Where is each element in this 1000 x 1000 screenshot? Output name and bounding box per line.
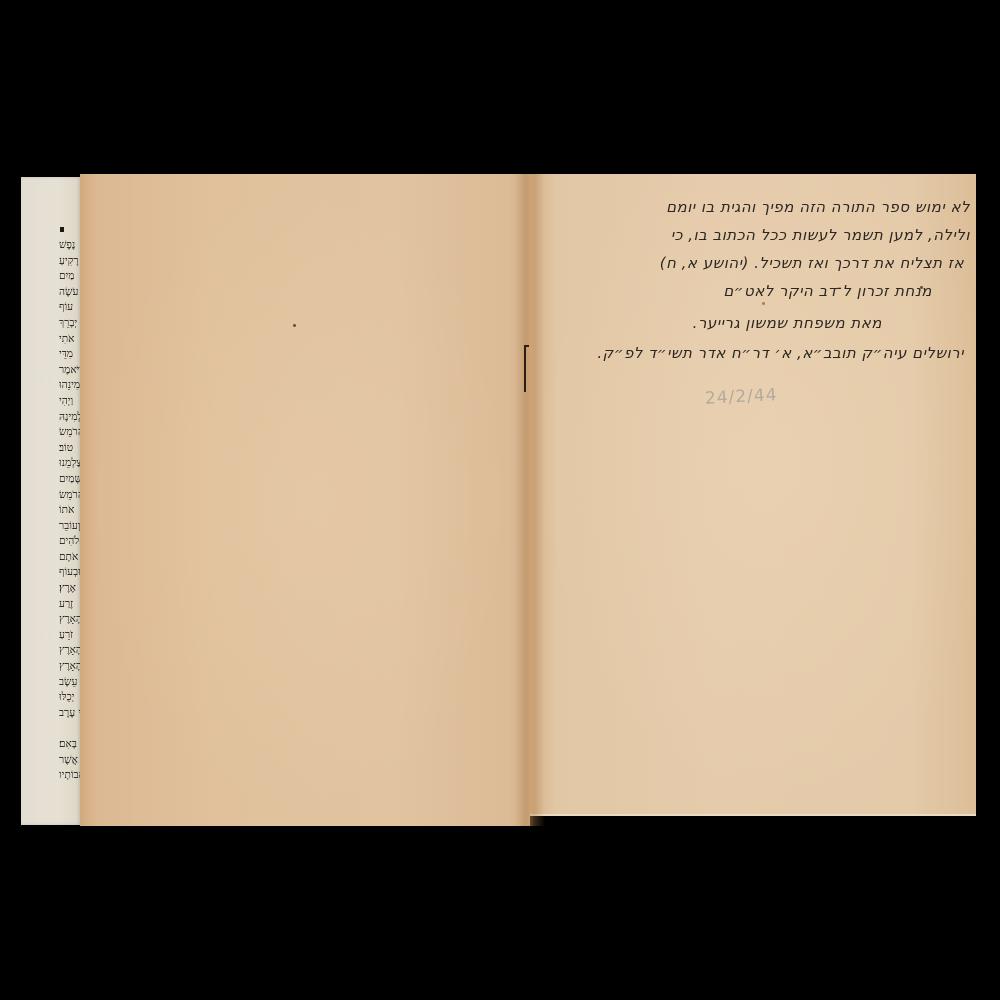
handwritten-dedication: לא ימוש ספר התורה הזה מפיך והגית בו יומם… <box>552 193 972 367</box>
printed-line: מִדֵּי <box>59 347 81 363</box>
printed-line: אֲבוֹתָיו <box>59 768 81 784</box>
printed-line: נֶפֶשׁ <box>59 238 81 254</box>
inscription-line-3: אז תצליח את דרכך ואז תשכיל. (יהושע א, ח) <box>552 249 972 277</box>
printed-line: לְמִינֵהוּ <box>59 378 81 394</box>
printed-line: מַיִם <box>59 269 81 285</box>
printed-line: יְכֻלּוּ <box>59 690 81 706</box>
printed-line: זֹרֵעַ <box>59 628 81 644</box>
printed-line: לְמִינָהּ <box>59 410 81 426</box>
printed-line: אֱלֹהִים <box>59 534 81 550</box>
printed-line: צַלְמֵנוּ <box>59 456 81 472</box>
printed-line: בָּאִם׃ <box>59 737 81 753</box>
inscription-line-6: ירושלים עיה״ק תובב״א, א׳ דר״ח אדר תשי״ד … <box>552 337 972 367</box>
gutter-tear <box>524 345 529 392</box>
printed-line: עֹשֶׂה <box>59 285 81 301</box>
paper-spot <box>293 324 296 327</box>
printed-line: וּבְעוֹף <box>59 565 81 581</box>
printed-line: אֹתָם <box>59 550 81 566</box>
printed-hebrew-lines: נֶפֶשׁ רָקִיעַ מַיִם עֹשֶׂה עוֹף יְבָרֵך… <box>59 238 81 784</box>
printed-line: הָאָרֶץ <box>59 612 81 628</box>
printed-line: זֶרַע <box>59 597 81 613</box>
printed-line: טוֹב׃ <box>59 441 81 457</box>
printed-line: וַיְהִי עֶרֶב <box>59 706 81 722</box>
printed-line: הָרֹמֵשׂ <box>59 425 81 441</box>
printed-line: וַיְהִי <box>59 394 81 410</box>
printed-line: הָרֹמֵשׂ <box>59 488 81 504</box>
inscription-line-1: לא ימוש ספר התורה הזה מפיך והגית בו יומם <box>552 193 972 221</box>
printed-line: אֲשֶׁר <box>59 753 81 769</box>
printed-line <box>59 721 81 737</box>
printed-line: אֶרֶץ׃ <box>59 581 81 597</box>
pencil-note: 24/2/44 <box>705 385 778 409</box>
open-book: נֶפֶשׁ רָקִיעַ מַיִם עֹשֶׂה עוֹף יְבָרֵך… <box>0 0 1000 1000</box>
printed-line: יְבָרֵךְ <box>59 316 81 332</box>
printed-line: עֵשֶׂב <box>59 675 81 691</box>
left-page-blank <box>80 174 530 826</box>
printed-line: רָקִיעַ <box>59 254 81 270</box>
printed-line: וַיֹּאמֶר <box>59 363 81 379</box>
printed-line: אֹתִי <box>59 332 81 348</box>
book-gutter <box>515 174 545 826</box>
printed-text-strip: נֶפֶשׁ רָקִיעַ מַיִם עֹשֶׂה עוֹף יְבָרֵך… <box>21 177 81 825</box>
printed-line: הָאָרֶץ <box>59 643 81 659</box>
printed-line: הַשָּׁמַיִם <box>59 472 81 488</box>
printed-line: עוֹף <box>59 300 81 316</box>
printed-line: הָאָרֶץ <box>59 659 81 675</box>
printed-line: אֹתוֹ <box>59 503 81 519</box>
inscription-line-5: מאת משפחת שמשון גרייער. <box>552 305 972 337</box>
printed-line: וְעוֹבֵר <box>59 519 81 535</box>
inscription-line-2: ולילה, למען תשמר לעשות ככל הכתוב בו, כי <box>552 221 972 249</box>
inscription-line-4: מנחת זכרון ל־דב היקר לאט״ם <box>552 277 972 305</box>
print-mark <box>60 227 64 232</box>
